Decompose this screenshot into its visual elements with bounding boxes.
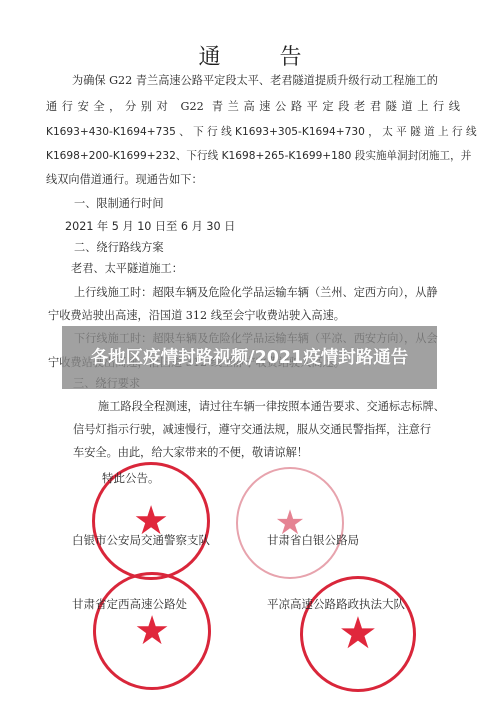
section3-line-1: 施工路段全程测速，请过往车辆一律按照本通告要求、交通标志标牌、: [98, 400, 500, 414]
section2-line-1: 上行线施工时：超限车辆及危险化学品运输车辆（兰州、定西方向），从静: [74, 286, 488, 300]
signatory-3: 甘肃省定西高速公路处: [72, 596, 187, 612]
document-title: 通 告: [0, 40, 500, 71]
caption-text: 各地区疫情封路视频/2021疫情封路通告: [77, 348, 422, 368]
section1-heading: 一、限制通行时间: [74, 197, 488, 211]
section3-line-2: 信号灯指示行驶，减速慢行，遵守交通法规，服从交通民警指挥，注意行: [73, 423, 487, 437]
signatory-4: 平凉高速公路路政执法大队: [267, 596, 405, 612]
stamp-gansu-baiyin-highway-bureau: ★: [236, 467, 344, 579]
intro-line-4: K1698+200-K1699+232、下行线 K1698+265-K1699+…: [46, 149, 460, 163]
intro-line-5: 线双向借道通行。现通告如下：: [46, 173, 460, 187]
signatory-2: 甘肃省白银公路局: [267, 532, 359, 548]
intro-line-3: K1693+430-K1694+735 、 下 行 线 K1693+305-K1…: [46, 125, 460, 139]
section1-content: 2021 年 5 月 10 日至 6 月 30 日: [65, 220, 479, 234]
section2-line-2: 宁收费站驶出高速，沿国道 312 线至会宁收费站驶入高速。: [48, 309, 462, 323]
section3-line-3: 车安全。由此，给大家带来的不便，敬请谅解！: [73, 446, 487, 460]
section2-subheading: 老君、太平隧道施工：: [71, 262, 485, 276]
star-icon: ★: [338, 612, 377, 656]
section2-heading: 二、绕行路线方案: [74, 241, 488, 255]
closing-text: 特此公告。: [102, 470, 160, 486]
caption-banner: 各地区疫情封路视频/2021疫情封路通告: [62, 326, 437, 389]
signatory-1: 白银市公安局交通警察支队: [72, 532, 210, 548]
stamp-pingliang-enforcement: ★: [300, 576, 416, 692]
star-icon: ★: [134, 611, 170, 651]
stamp-dingxi-expressway: ★: [93, 572, 211, 690]
intro-line-1: 为确保 G22 青兰高速公路平定段太平、老君隧道提质升级行动工程施工的: [72, 74, 460, 88]
intro-line-2: 通行安全，分别对 G22 青兰高速公路平定段老君隧道上行线: [46, 100, 460, 114]
notice-document-page: 通 告 为确保 G22 青兰高速公路平定段太平、老君隧道提质升级行动工程施工的 …: [0, 0, 500, 716]
